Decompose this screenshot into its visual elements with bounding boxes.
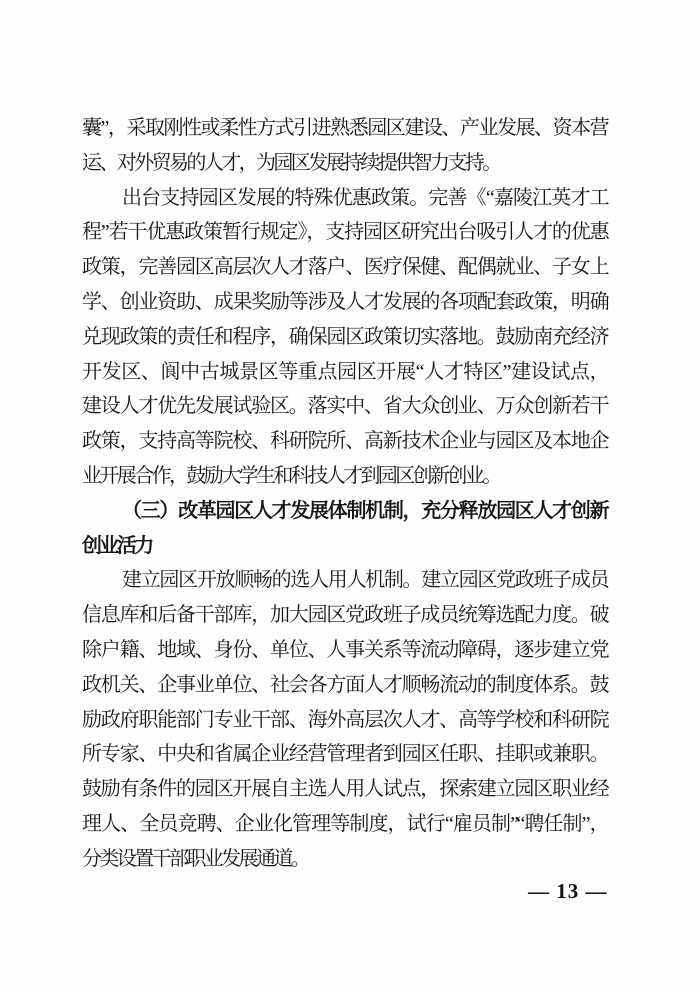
- text-line: 业开展合作，鼓励大学生和科技人才到园区创新创业。: [82, 459, 607, 494]
- text-line: 运、对外贸易的人才，为园区发展持续提供智力支持。: [82, 146, 607, 181]
- text-line: 除户籍、地域、身份、单位、人事关系等流动障碍，逐步建立党: [82, 633, 607, 668]
- text-line: 学、创业资助、成果奖励等涉及人才发展的各项配套政策，明确: [82, 285, 607, 320]
- text-line: 所专家、中央和省属企业经营管理者到园区任职、挂职或兼职。: [82, 737, 607, 772]
- text-line: 开发区、阆中古城景区等重点园区开展“人才特区”建设试点，: [82, 355, 607, 390]
- text-line: 鼓励有条件的园区开展自主选人用人试点，探索建立园区职业经: [82, 772, 607, 807]
- text-line: 政机关、企事业单位、社会各方面人才顺畅流动的制度体系。鼓: [82, 668, 607, 703]
- page-number: — 13 —: [528, 879, 608, 904]
- text-line: 信息库和后备干部库，加大园区党政班子成员统筹选配力度。破: [82, 598, 607, 633]
- document-page: 囊”，采取刚性或柔性方式引进熟悉园区建设、产业发展、资本营运、对外贸易的人才，为…: [0, 0, 700, 990]
- text-line: 建设人才优先发展试验区。落实中、省大众创业、万众创新若干: [82, 389, 607, 424]
- text-line: 励政府职能部门专业干部、海外高层次人才、高等学校和科研院: [82, 703, 607, 738]
- text-line: 囊”，采取刚性或柔性方式引进熟悉园区建设、产业发展、资本营: [82, 111, 607, 146]
- document-body: 囊”，采取刚性或柔性方式引进熟悉园区建设、产业发展、资本营运、对外贸易的人才，为…: [82, 111, 607, 877]
- text-line: 程”若干优惠政策暂行规定》，支持园区研究出台吸引人才的优惠: [82, 215, 607, 250]
- text-line: （三）改革园区人才发展体制机制，充分释放园区人才创新: [82, 494, 607, 529]
- text-line: 兑现政策的责任和程序，确保园区政策切实落地。鼓励南充经济: [82, 320, 607, 355]
- text-line: 政策，支持高等院校、科研院所、高新技术企业与园区及本地企: [82, 424, 607, 459]
- text-line: 建立园区开放顺畅的选人用人机制。建立园区党政班子成员: [82, 563, 607, 598]
- text-line: 出台支持园区发展的特殊优惠政策。完善《“嘉陵江英才工: [82, 181, 607, 216]
- text-line: 政策，完善园区高层次人才落户、医疗保健、配偶就业、子女上: [82, 250, 607, 285]
- text-line: 创业活力: [82, 529, 607, 564]
- text-line: 分类设置干部职业发展通道。: [82, 842, 607, 877]
- text-line: 理人、全员竞聘、企业化管理等制度，试行“雇员制”“聘任制”，: [82, 807, 607, 842]
